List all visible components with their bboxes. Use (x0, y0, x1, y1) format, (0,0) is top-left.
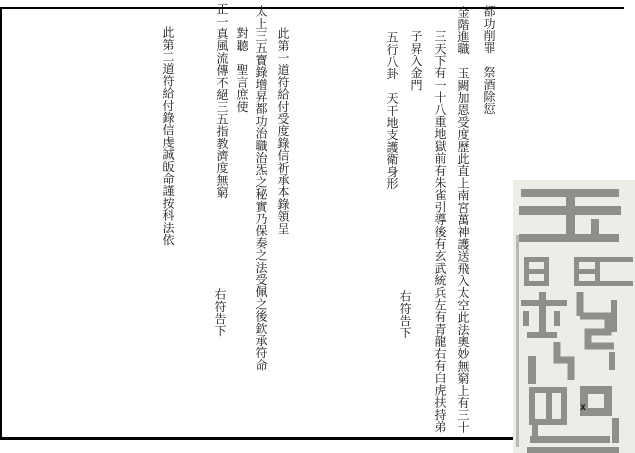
text-column-12: 此第二道符給付錄信虔誠皈命謹按科法依 (161, 26, 174, 246)
text-column-5: 五行八卦 天干地支護衛身形 (385, 31, 398, 190)
scanned-page: 都功削罪 祭酒除愆 金階進職 玉闕加恩受度歷此直上南宮萬神護送飛入太空此法奧妙無… (0, 0, 635, 453)
text-column-6-fu-notice: 右符告下 (398, 290, 411, 339)
text-column-1: 都功削罪 祭酒除愆 (482, 5, 495, 115)
text-column-3: 三天下有一十八重地獄前有朱雀引導後有玄武統兵左有青龍右有白虎扶持弟 (433, 30, 446, 433)
text-column-8: 太上三五寶錄增昇都功治職治炁之秘實乃保奏之法受佩之後欽承符命 (254, 5, 267, 371)
page-border-top (0, 7, 624, 9)
text-column-10: 正一真風流傳不絕三五指教濟度無窮 (215, 3, 228, 198)
text-column-11-fu-notice: 右符告下 (213, 288, 226, 337)
text-column-7: 此第一道符給付受度錄信祈承本錄領呈 (276, 27, 289, 234)
talisman-seal-image (513, 180, 635, 453)
text-column-4: 子昇入金門 (409, 30, 422, 91)
page-border-bottom (0, 437, 514, 440)
talisman-seal-strokes (513, 180, 635, 453)
text-column-9: 對聽 聖言庶使 (235, 27, 248, 112)
cursor-x-marker: x (580, 402, 586, 413)
page-border-left (0, 7, 2, 440)
text-column-2: 金階進職 玉闕加恩受度歷此直上南宮萬神護送飛入太空此法奧妙無窮上有三十 (456, 6, 469, 433)
